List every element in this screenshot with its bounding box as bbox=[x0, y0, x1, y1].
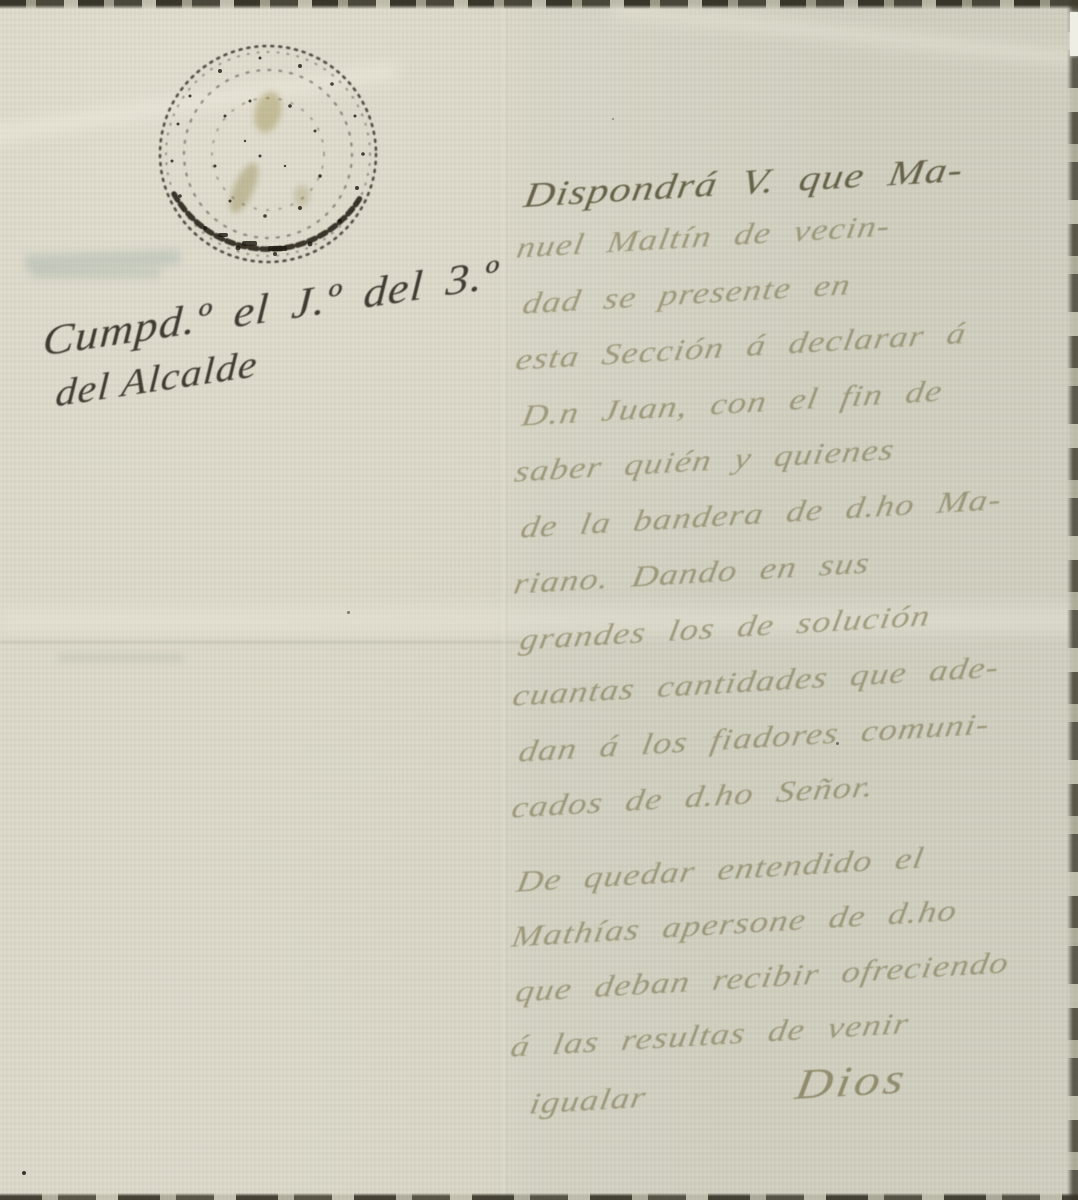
handwriting-line: dad se presente en bbox=[520, 268, 854, 322]
scan-edge-right bbox=[1067, 0, 1078, 1200]
handwriting-line: Dios bbox=[792, 1055, 911, 1110]
scan-edge-bottom bbox=[0, 1193, 1078, 1200]
ink-speck bbox=[347, 611, 350, 614]
handwriting-line: que deban recibir ofreciendo bbox=[513, 946, 1012, 1010]
scan-edge-top bbox=[0, 0, 1078, 9]
handwriting-line: Mathías apersone de d.ho bbox=[509, 894, 960, 955]
handwriting-line: De quedar entendido el bbox=[514, 841, 927, 900]
scan-edge-gap bbox=[1070, 12, 1078, 56]
handwriting-line: grandes los de solución bbox=[517, 599, 933, 658]
letter-page: Cumpd.º el J.º del 3.º del Alcalde Dispo… bbox=[0, 0, 1078, 1200]
handwriting-line: cados de d.ho Señor. bbox=[509, 770, 877, 826]
ink-speck bbox=[836, 742, 839, 745]
handwriting-line: de la bandera de d.ho Ma- bbox=[518, 483, 1005, 546]
ink-speck bbox=[22, 1171, 26, 1175]
handwriting-line: Dispondrá V. que Ma- bbox=[521, 149, 967, 216]
handwriting-line: dan á los fiadores comuni- bbox=[516, 708, 993, 770]
letter-body: Dispondrá V. que Ma-nuel Maltín de vecin… bbox=[0, 0, 1078, 1200]
handwriting-line: esta Sección á declarar á bbox=[513, 317, 969, 378]
handwriting-line: cuantas cantidades que ade- bbox=[510, 651, 1002, 714]
handwriting-line: saber quién y quienes bbox=[512, 433, 898, 490]
handwriting-line: riano. Dando en sus bbox=[511, 546, 873, 602]
handwriting-line: igualar bbox=[527, 1081, 649, 1122]
handwriting-line: D.n Juan, con el fin de bbox=[519, 375, 946, 434]
ink-speck bbox=[612, 118, 614, 120]
handwriting-line: nuel Maltín de vecin- bbox=[514, 209, 893, 266]
handwriting-line: á las resultas de venir bbox=[508, 1007, 912, 1065]
